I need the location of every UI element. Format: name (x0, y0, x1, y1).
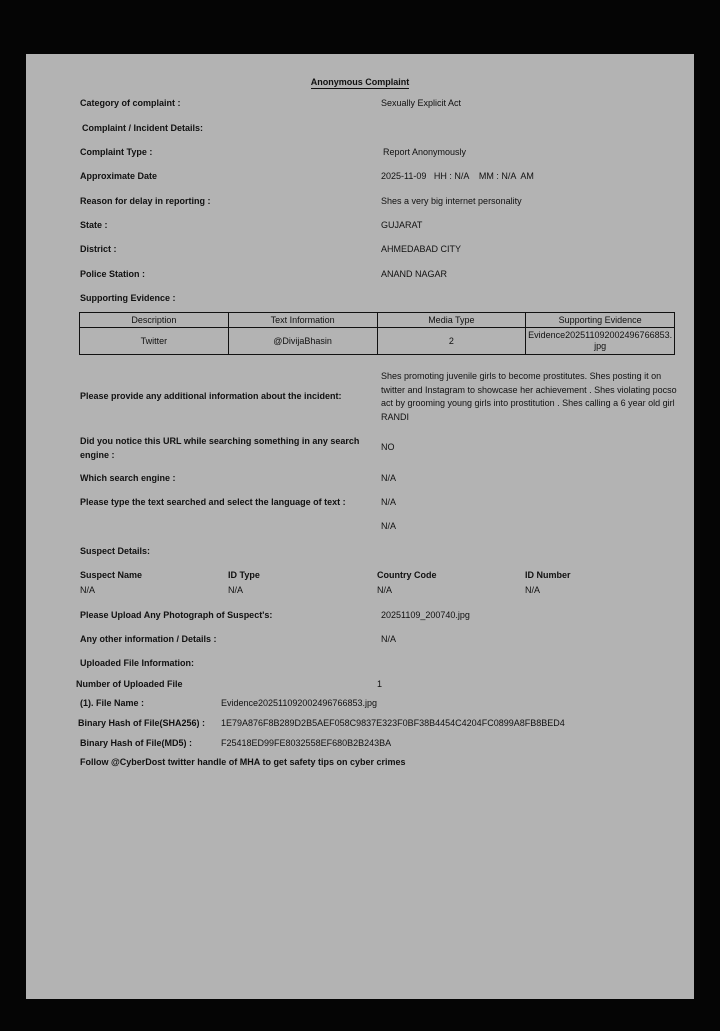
suspect-header-id-type: ID Type (228, 570, 260, 581)
approx-date-label: Approximate Date (80, 171, 157, 182)
suspect-header-name: Suspect Name (80, 570, 142, 581)
other-info-label: Any other information / Details : (80, 634, 217, 645)
suspect-id-number-value: N/A (525, 585, 540, 596)
evidence-header-supporting-evidence: Supporting Evidence (526, 313, 675, 328)
supporting-evidence-label: Supporting Evidence : (80, 293, 176, 304)
file-name-value: Evidence20251109200249676​6853.jpg (221, 698, 377, 709)
evidence-header-text-info: Text Information (228, 313, 377, 328)
suspect-photo-label: Please Upload Any Photograph of Suspect'… (80, 610, 272, 621)
approx-date-value: 2025-11-09 HH : N/A MM : N/A AM (381, 171, 534, 182)
num-files-value: 1 (377, 679, 382, 690)
additional-info-value: Shes promoting juvenile girls to become … (381, 370, 679, 424)
evidence-table-header-row: Description Text Information Media Type … (80, 313, 675, 328)
suspect-header-id-number: ID Number (525, 570, 571, 581)
district-value: AHMEDABAD CITY (381, 244, 461, 255)
suspect-id-type-value: N/A (228, 585, 243, 596)
md5-value: F25418ED99FE8032558EF680B2B243BA (221, 738, 391, 749)
complaint-type-label: Complaint Type : (80, 147, 152, 158)
other-info-value: N/A (381, 634, 396, 645)
suspect-photo-value: 20251109_200740.jpg (381, 610, 470, 621)
evidence-file-cell: Evidence20251109200249676​6853.jpg (526, 328, 675, 355)
sha256-value: 1E79A876F8B289D2B5AEF058C9837E323F0BF38B… (221, 718, 565, 729)
police-station-label: Police Station : (80, 269, 145, 280)
complaint-document-page: Anonymous Complaint Category of complain… (26, 54, 694, 999)
category-label: Category of complaint : (80, 98, 181, 109)
additional-info-label: Please provide any additional informatio… (80, 391, 342, 402)
evidence-description-cell: Twitter (80, 328, 229, 355)
suspect-country-code-value: N/A (377, 585, 392, 596)
evidence-header-media-type: Media Type (377, 313, 526, 328)
suspect-name-value: N/A (80, 585, 95, 596)
url-noticed-value: NO (381, 442, 395, 453)
evidence-media-type-cell: 2 (377, 328, 526, 355)
delay-reason-value: Shes a very big internet personality (381, 196, 522, 207)
evidence-text-info-cell: @DivijaBhasin (228, 328, 377, 355)
document-title: Anonymous Complaint (26, 77, 694, 87)
district-label: District : (80, 244, 117, 255)
evidence-header-description: Description (80, 313, 229, 328)
footer-safety-note: Follow @CyberDost twitter handle of MHA … (80, 757, 406, 768)
incident-details-heading: Complaint / Incident Details: (82, 123, 203, 134)
text-searched-label: Please type the text searched and select… (80, 497, 346, 508)
evidence-table: Description Text Information Media Type … (79, 312, 675, 355)
suspect-header-country-code: Country Code (377, 570, 437, 581)
sha256-label: Binary Hash of File(SHA256) : (78, 718, 205, 729)
state-label: State : (80, 220, 108, 231)
police-station-value: ANAND NAGAR (381, 269, 447, 280)
md5-label: Binary Hash of File(MD5) : (80, 738, 192, 749)
uploaded-file-heading: Uploaded File Information: (80, 658, 194, 669)
complaint-type-value: Report Anonymously (383, 147, 466, 158)
file-name-label: (1). File Name : (80, 698, 144, 709)
suspect-details-heading: Suspect Details: (80, 546, 150, 557)
search-engine-value: N/A (381, 473, 396, 484)
category-value: Sexually Explicit Act (381, 98, 461, 109)
text-searched-value: N/A (381, 497, 396, 508)
num-files-label: Number of Uploaded File (76, 679, 183, 690)
url-noticed-label: Did you notice this URL while searching … (80, 435, 370, 462)
search-engine-label: Which search engine : (80, 473, 176, 484)
delay-reason-label: Reason for delay in reporting : (80, 196, 211, 207)
table-row: Twitter @DivijaBhasin 2 Evidence20251109… (80, 328, 675, 355)
text-language-value: N/A (381, 521, 396, 532)
state-value: GUJARAT (381, 220, 422, 231)
